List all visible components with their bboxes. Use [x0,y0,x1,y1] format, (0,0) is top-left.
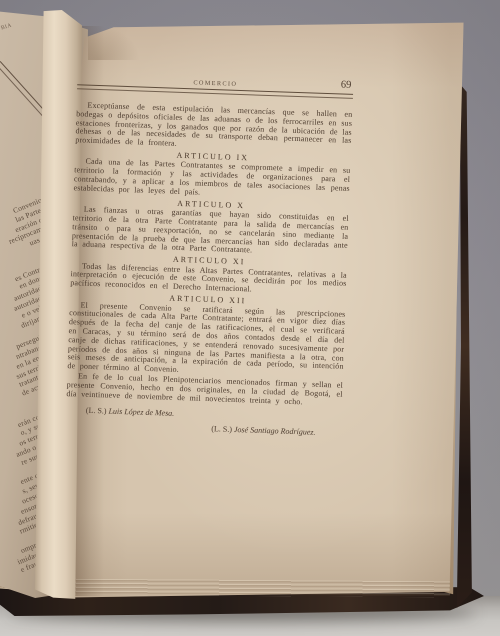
book-photo-scene: BIA Convenio, los las Partes Co eración … [0,0,500,636]
page-content: COMERCIO 69 Exceptúanse de esta estipula… [65,71,353,438]
page-number: 69 [341,79,352,90]
running-head-title: COMERCIO [193,79,237,88]
signatory-name: Luis López de Mesa. [108,407,174,418]
seal-abbreviation: (L. S.) [211,424,232,434]
paragraph-articulo-xii: El presente Convenio se ratificará según… [67,301,345,381]
seal-abbreviation: (L. S.) [86,406,107,416]
paragraph-exceptions: Exceptúanse de esta estipulación las mer… [75,101,352,155]
signature-line-1: (L. S.) Luis López de Mesa. [86,406,342,424]
paragraph-articulo-x: Las fianzas u otras garantías que hayan … [71,205,348,259]
page-stack-bottom-edge [60,579,450,598]
